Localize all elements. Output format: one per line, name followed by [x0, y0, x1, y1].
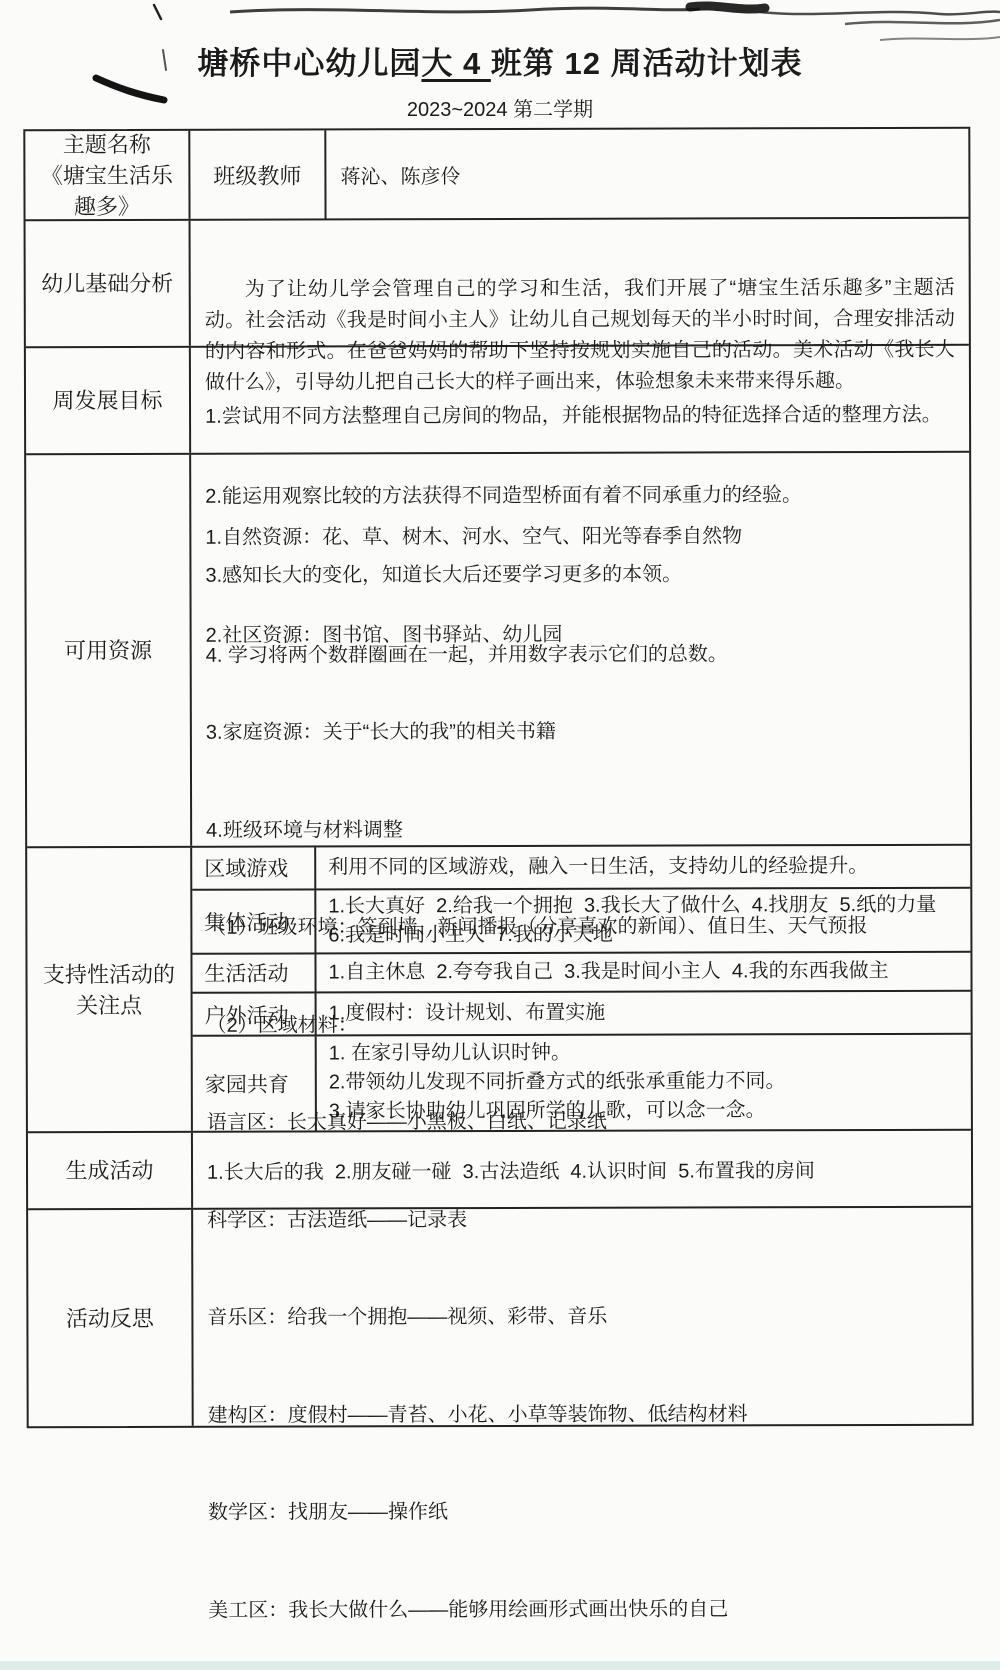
group-activities-line: 6.我是时间小主人 7.我的小天地: [328, 919, 958, 950]
theme-label-line1: 主题名称: [63, 128, 151, 159]
page-title-class-number: 大 4: [421, 46, 490, 81]
group-activities-label: 集体活动: [192, 890, 316, 952]
page-title-suffix: 班第 12 周活动计划表: [491, 46, 803, 81]
home-coeducation-content: 1. 在家引导幼儿认识时钟。 2.带领幼儿发现不同折叠方式的纸张承重能力不同。 …: [317, 1035, 971, 1131]
scan-edge-strip: [0, 1661, 1000, 1670]
resource-item: 4.班级环境与材料调整: [206, 812, 956, 846]
generated-content: 1.长大后的我 2.朋友碰一碰 3.古法造纸 4.认识时间 5.布置我的房间: [193, 1131, 971, 1208]
resource-item: 美工区：我长大做什么——能够用绘画形式画出快乐的自己: [208, 1592, 958, 1626]
analysis-content: 为了让幼儿学会管理自己的学习和生活，我们开展了“塘宝生活乐趣多”主题活动。社会活…: [191, 219, 969, 346]
goal-item: 1.尝试用不同方法整理自己房间的物品，并能根据物品的特征选择合适的整理方法。: [205, 402, 955, 430]
subrow-life-activities: 生活活动 1.自主休息 2.夸夸我自己 3.我是时间小主人 4.我的东西我做主: [192, 952, 970, 994]
table-row-support: 支持性活动的 关注点 区域游戏 利用不同的区域游戏，融入一日生活，支持幼儿的经验…: [27, 846, 971, 1133]
table-row-analysis: 幼儿基础分析 为了让幼儿学会管理自己的学习和生活，我们开展了“塘宝生活乐趣多”主…: [26, 219, 969, 348]
life-activities-label: 生活活动: [192, 954, 316, 992]
life-activities-content: 1.自主休息 2.夸夸我自己 3.我是时间小主人 4.我的东西我做主: [316, 952, 970, 991]
life-activities-line: 1.自主休息 2.夸夸我自己 3.我是时间小主人 4.我的东西我做主: [328, 957, 958, 988]
page-title: 塘桥中心幼儿园大 4 班第 12 周活动计划表: [0, 38, 1000, 83]
group-activities-content: 1.长大真好 2.给我一个拥抱 3.我长大了做什么 4.找朋友 5.纸的力量 6…: [316, 888, 970, 952]
support-label-line2: 关注点: [76, 989, 142, 1020]
class-teacher-value: 蒋沁、陈彦伶: [326, 129, 968, 219]
outdoor-activities-label: 户外活动: [193, 994, 317, 1035]
page-title-prefix: 塘桥中心幼儿园: [197, 46, 421, 81]
support-label: 支持性活动的 关注点: [27, 848, 193, 1131]
goals-label: 周发展目标: [26, 348, 191, 453]
subrow-group-activities: 集体活动 1.长大真好 2.给我一个拥抱 3.我长大了做什么 4.找朋友 5.纸…: [192, 888, 970, 954]
theme-label-line2: 《塘宝生活乐: [41, 159, 173, 190]
resources-label: 可用资源: [26, 455, 192, 846]
outdoor-activities-line: 1.度假村：设计规划、布置实施: [329, 998, 959, 1029]
resource-item: 3.家庭资源：关于“长大的我”的相关书籍: [206, 715, 956, 749]
scanned-document-page: { "header": { "title_prefix": "塘桥中心幼儿园",…: [0, 0, 1000, 1670]
subrow-home-coeducation: 家园共育 1. 在家引导幼儿认识时钟。 2.带领幼儿发现不同折叠方式的纸张承重能…: [193, 1035, 971, 1131]
table-row-resources: 可用资源 1.自然资源：花、草、树木、河水、空气、阳光等春季自然物 2.社区资源…: [26, 453, 970, 848]
outdoor-activities-content: 1.度假村：设计规划、布置实施: [317, 992, 971, 1034]
resource-item: 数学区：找朋友——操作纸: [208, 1495, 958, 1529]
home-coeducation-line: 1. 在家引导幼儿认识时钟。: [329, 1038, 959, 1069]
group-activities-line: 1.长大真好 2.给我一个拥抱 3.我长大了做什么 4.找朋友 5.纸的力量: [328, 890, 958, 921]
reflection-content: [193, 1208, 972, 1426]
reflection-label: 活动反思: [28, 1210, 194, 1426]
resource-item: 2.社区资源：图书馆、图书驿站、幼儿园: [206, 617, 956, 651]
support-subrows: 区域游戏 利用不同的区域游戏，融入一日生活，支持幼儿的经验提升。 集体活动 1.…: [192, 846, 971, 1131]
table-row-theme: 主题名称 《塘宝生活乐 趣多》 班级教师 蒋沁、陈彦伶: [25, 129, 968, 221]
subrow-area-games: 区域游戏 利用不同的区域游戏，融入一日生活，支持幼儿的经验提升。: [192, 846, 970, 891]
resources-content: 1.自然资源：花、草、树木、河水、空气、阳光等春季自然物 2.社区资源：图书馆、…: [191, 453, 970, 846]
home-coeducation-line: 2.带领幼儿发现不同折叠方式的纸张承重能力不同。: [329, 1067, 959, 1098]
area-games-line: 利用不同的区域游戏，融入一日生活，支持幼儿的经验提升。: [328, 852, 958, 883]
table-row-generated: 生成活动 1.长大后的我 2.朋友碰一碰 3.古法造纸 4.认识时间 5.布置我…: [28, 1131, 971, 1210]
class-teacher-label: 班级教师: [190, 130, 326, 218]
table-row-reflection: 活动反思: [28, 1208, 972, 1426]
analysis-label: 幼儿基础分析: [26, 221, 191, 346]
page-subtitle-semester: 2023~2024 第二学期: [0, 93, 1000, 122]
area-games-label: 区域游戏: [192, 847, 316, 888]
home-coeducation-label: 家园共育: [193, 1036, 317, 1130]
theme-name-label: 主题名称 《塘宝生活乐 趣多》: [25, 131, 190, 219]
generated-label: 生成活动: [28, 1133, 193, 1208]
home-coeducation-line: 3.请家长协助幼儿巩固所学的儿歌，可以念一念。: [329, 1096, 959, 1127]
area-games-content: 利用不同的区域游戏，融入一日生活，支持幼儿的经验提升。: [316, 846, 970, 888]
table-row-goals: 周发展目标 1.尝试用不同方法整理自己房间的物品，并能根据物品的特征选择合适的整…: [26, 346, 969, 455]
activity-plan-table: 主题名称 《塘宝生活乐 趣多》 班级教师 蒋沁、陈彦伶 幼儿基础分析 为了让幼儿…: [23, 127, 973, 1428]
subrow-outdoor-activities: 户外活动 1.度假村：设计规划、布置实施: [193, 992, 971, 1037]
resource-item: 1.自然资源：花、草、树木、河水、空气、阳光等春季自然物: [205, 520, 955, 554]
theme-label-line3: 趣多》: [74, 190, 140, 221]
support-label-line1: 支持性活动的: [43, 958, 175, 989]
goals-content: 1.尝试用不同方法整理自己房间的物品，并能根据物品的特征选择合适的整理方法。 2…: [191, 346, 969, 453]
